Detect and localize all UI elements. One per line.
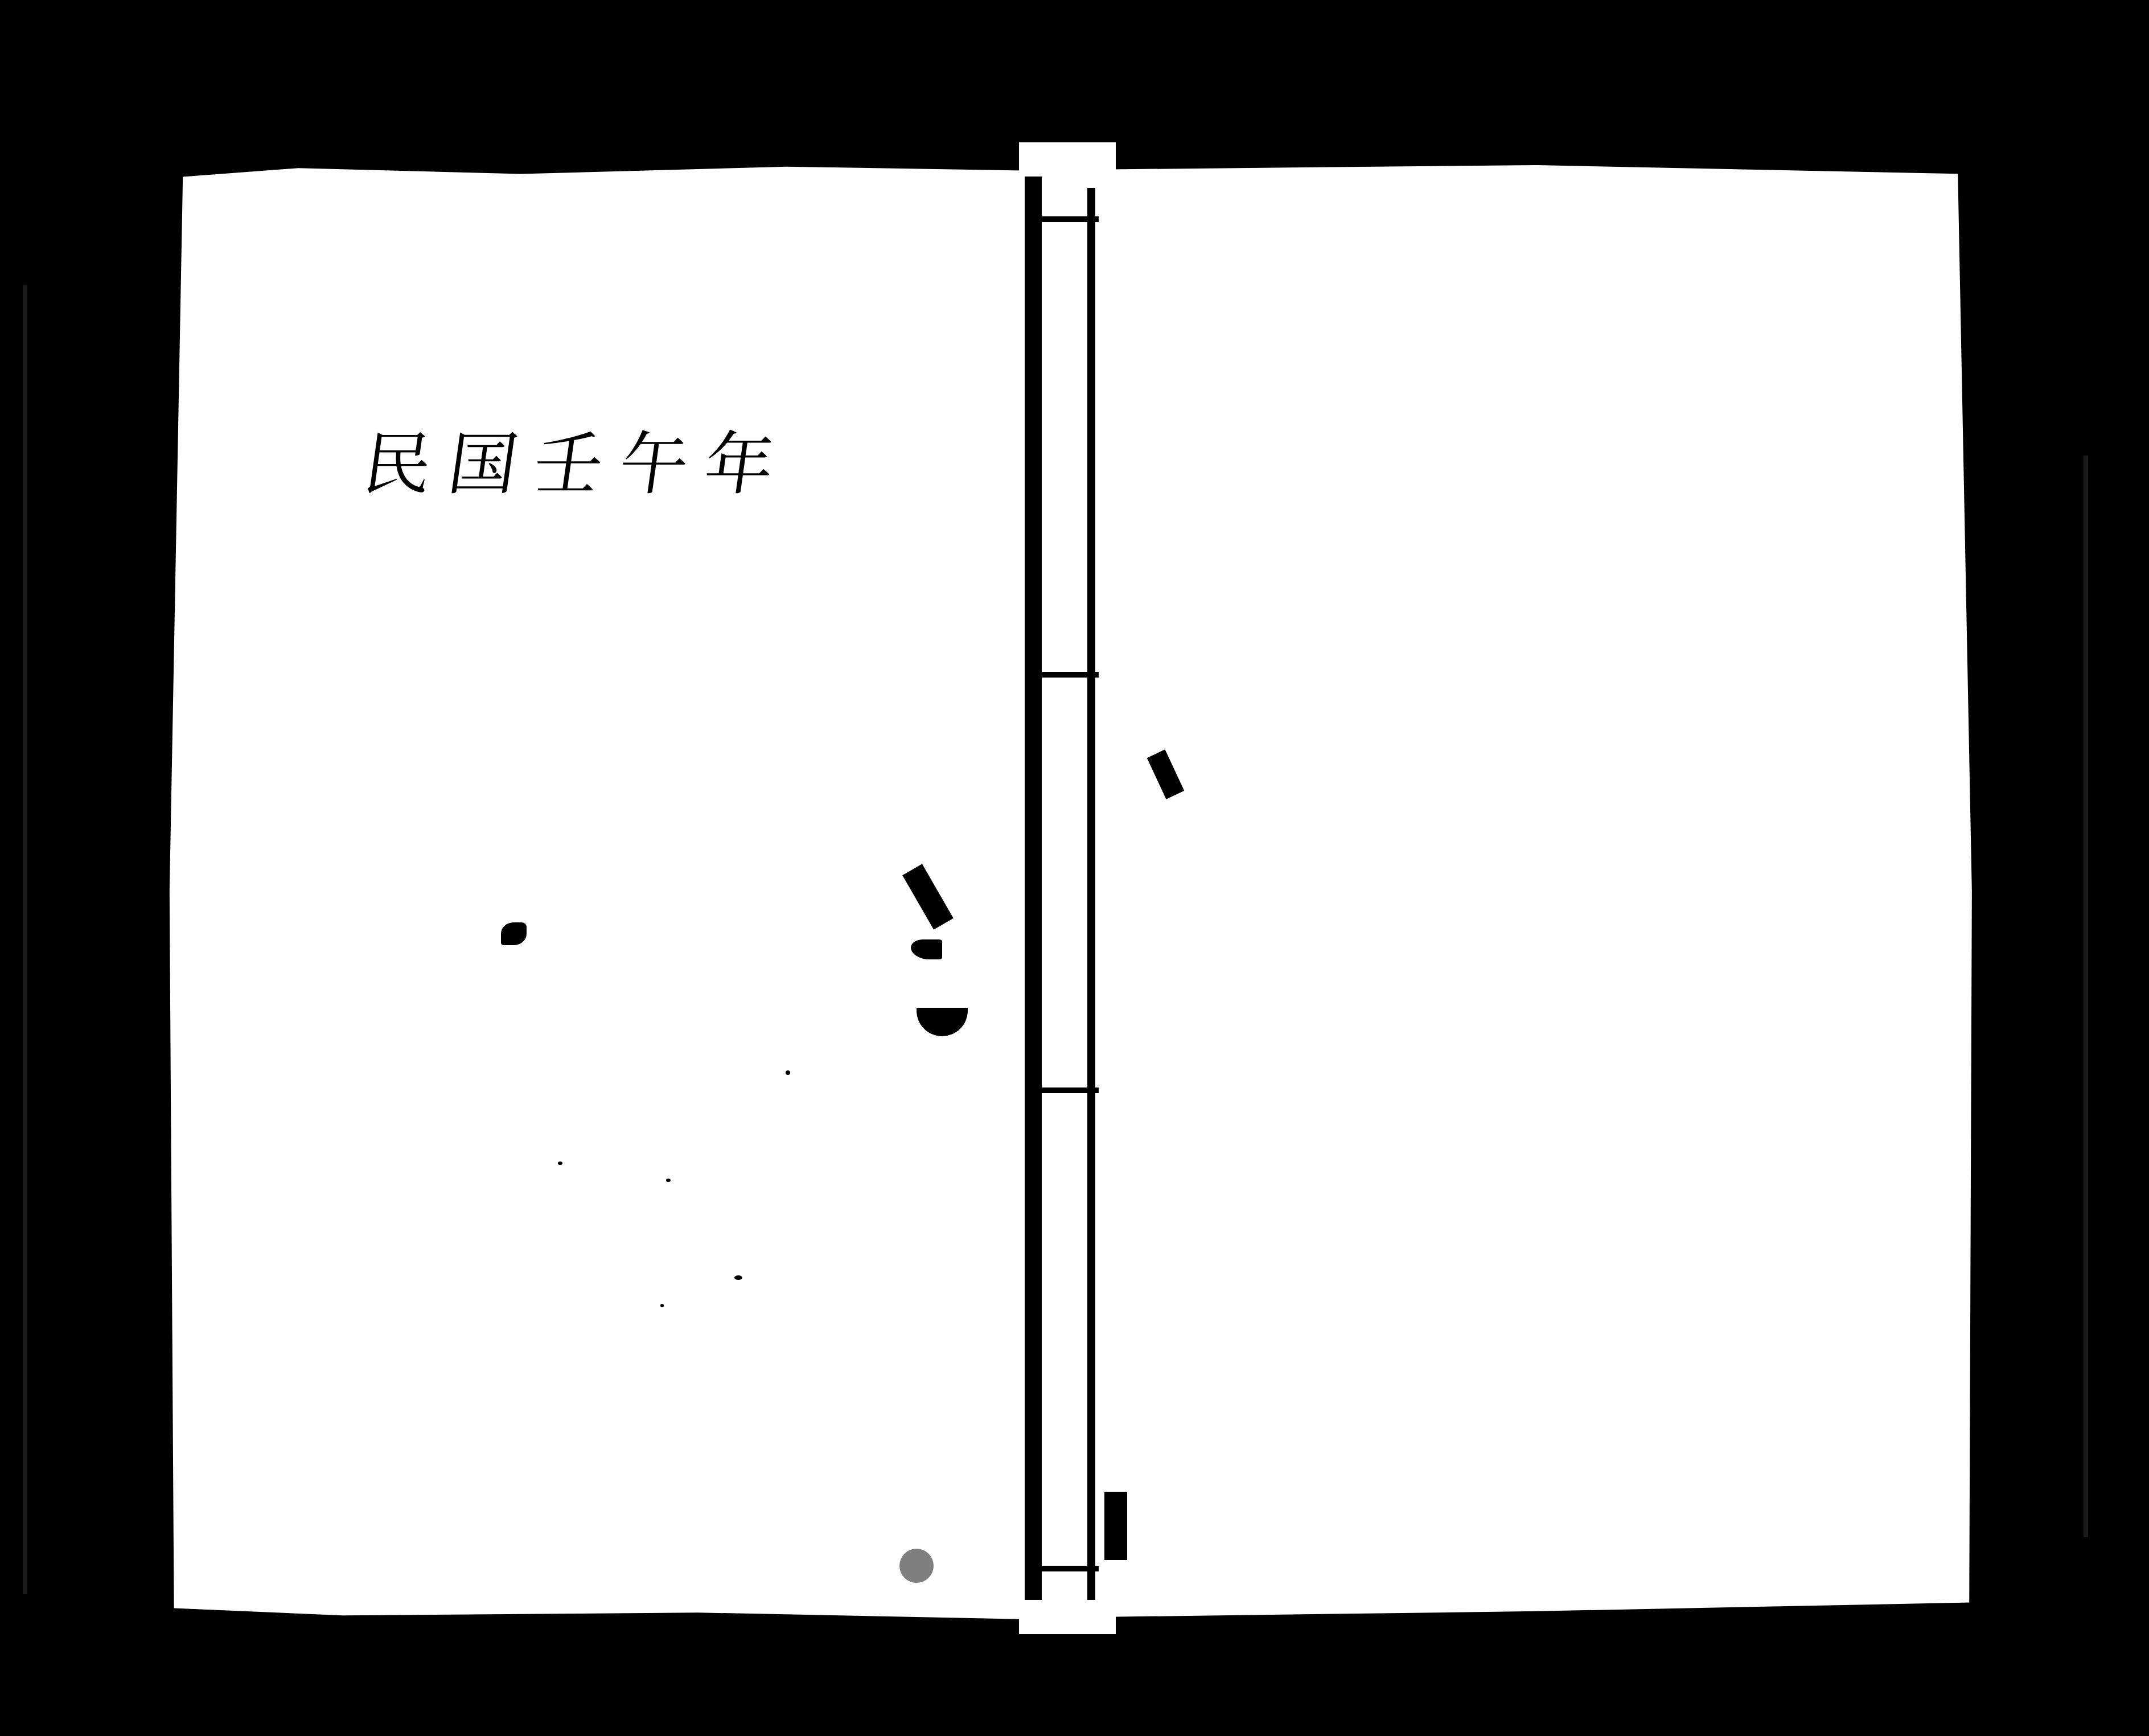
back-cover-page — [1099, 165, 1975, 1617]
spine-shadow-right — [1087, 188, 1095, 1600]
speck-cluster — [899, 1549, 934, 1583]
speck — [786, 1070, 790, 1075]
handwritten-title: 民国壬午年 — [358, 410, 798, 508]
speck — [558, 1162, 562, 1165]
spine-band — [1036, 1566, 1099, 1571]
spine-band — [1036, 216, 1099, 222]
ink-smudge — [501, 922, 527, 945]
spine-shadow-left — [1025, 177, 1042, 1600]
spine-band — [1036, 672, 1099, 678]
scan-background: 民国壬午年 — [0, 0, 2149, 1736]
speck — [666, 1179, 671, 1182]
spine-band — [1036, 1087, 1099, 1093]
book-spine — [1019, 142, 1116, 1634]
scan-edge-left — [23, 285, 27, 1594]
ink-bleed-mark — [1104, 1492, 1127, 1560]
speck — [660, 1304, 664, 1307]
speck — [734, 1275, 742, 1280]
scan-edge-right — [2084, 455, 2088, 1537]
